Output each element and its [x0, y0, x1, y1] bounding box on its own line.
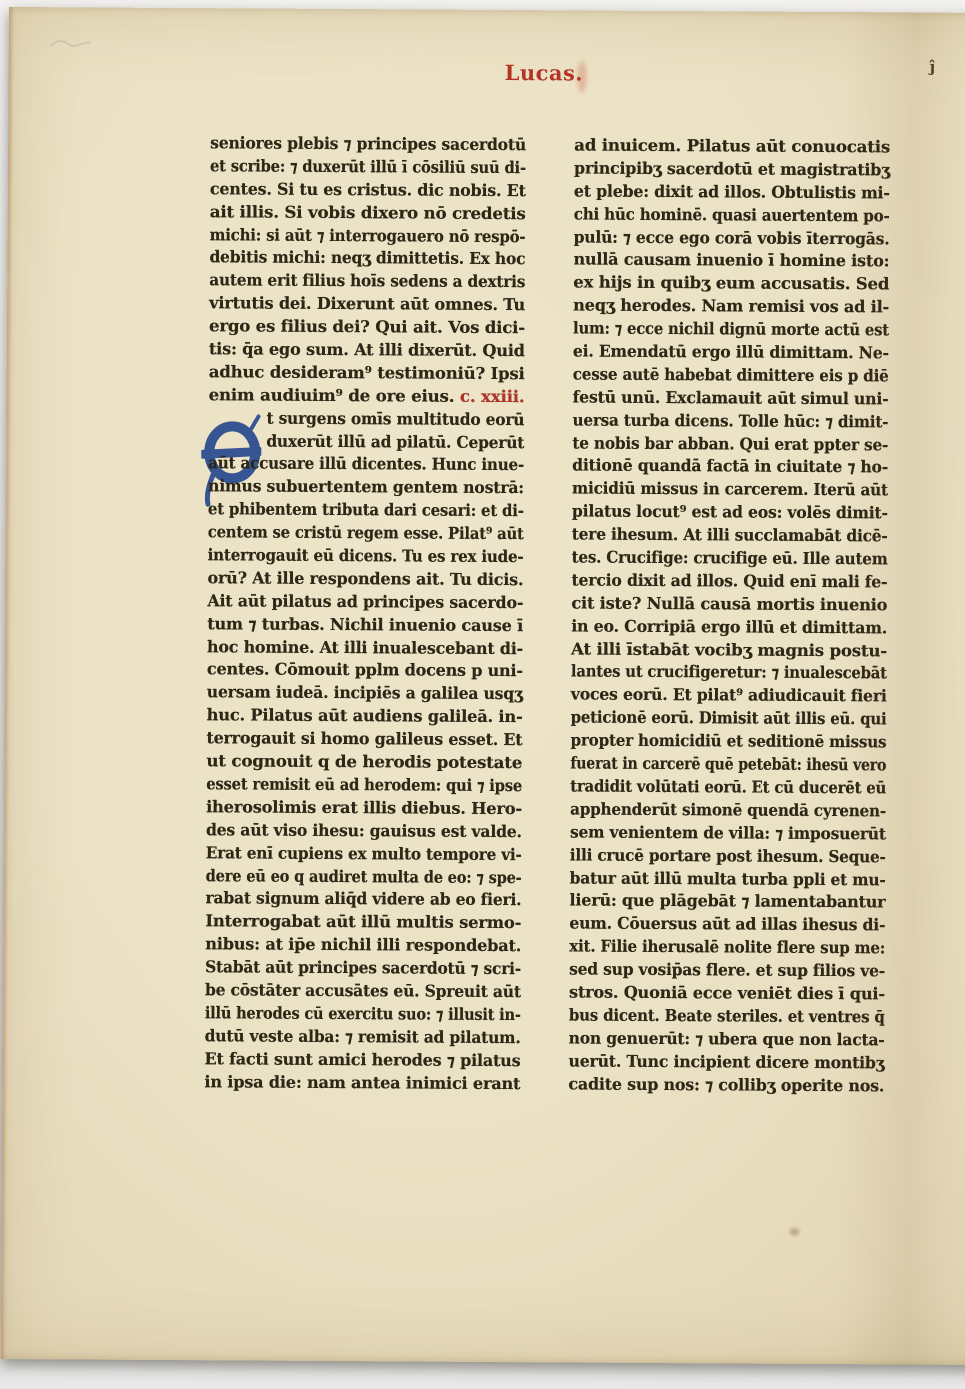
text-line: rabat signum aliq̄d videre ab eo fieri. [205, 888, 521, 913]
text-line: uerūt. Tunc incipient dicere montibʒ [568, 1050, 884, 1075]
text-line: debitis michi: neqʒ dimittetis. Ex hoc [209, 247, 525, 272]
text-line: adhuc desideram⁹ testimoniū? Ipsi [209, 361, 525, 386]
text-line: virtutis dei. Dixerunt aūt omnes. Tu [209, 292, 525, 317]
text-line: ex hijs in quibʒ eum accusatis. Sed [573, 272, 889, 297]
text-line: be cōstāter accusātes eū. Spreuit aūt [205, 979, 521, 1004]
text-line: uersa turba dicens. Tolle hūc: ⁊ dimit- [572, 409, 888, 434]
text-line: michi: si aūt ⁊ interrogauero nō respō- [210, 224, 526, 249]
text-line: duxerūt illū ad pilatū. Ceperūt [266, 430, 524, 454]
text-line: huc. Pilatus aūt audiens galileā. in- [207, 704, 523, 729]
text-line: neqʒ herodes. Nam remisi vos ad il- [573, 295, 889, 320]
text-line: interrogauit eū dicens. Tu es rex iude- [208, 544, 524, 569]
text-line: tercio dixit ad illos. Quid enī mali fe- [571, 569, 887, 594]
text-line: Interrogabat aūt illū multis sermo- [205, 910, 521, 935]
text-line: tere ihesum. At illi succlamabāt dicē- [572, 524, 888, 549]
text-line: autem erit filius hoīs sedens a dextris [209, 270, 525, 295]
running-header: Lucas. [505, 60, 584, 85]
text-line: des aūt viso ihesu: gauisus est valde. [206, 819, 522, 844]
text-line: iherosolimis erat illis diebus. Hero- [206, 796, 522, 821]
text-line: At illi īstabāt vocibʒ magnis postu- [571, 638, 887, 663]
text-line: ad inuicem. Pilatus aūt conuocatis [574, 134, 890, 159]
text-line: principibʒ sacerdotū et magistratibʒ [574, 157, 890, 182]
text-line: tum ⁊ turbas. Nichil inuenio cause ī [207, 613, 523, 638]
text-line: cadite sup nos: ⁊ collibʒ operite nos. [568, 1073, 884, 1098]
text-line: seniores plebis ⁊ principes sacerdotū [210, 132, 526, 157]
text-line: nimus subuertentem gentem nostrā: [208, 476, 524, 501]
text-line: nullā causam inuenio ī homine isto: [573, 249, 889, 274]
text-column-left: seniores plebis ⁊ principes sacerdotūet … [204, 132, 526, 1095]
paper-blemish [790, 1228, 800, 1236]
text-line: te nobis bar abban. Qui erat ppter se- [572, 432, 888, 457]
text-line: enim audiuim⁹ de ore eius. c. xxiii. [209, 384, 525, 409]
text-line: Et facti sunt amici herodes ⁊ pilatus [205, 1048, 521, 1073]
text-line: Ait aūt pilatus ad principes sacerdo- [207, 590, 523, 615]
manuscript-page: Lucas. ĵ seniores plebis ⁊ principes sac… [1, 7, 965, 1365]
pencil-mark [49, 35, 93, 51]
text-line: peticionē eorū. Dimisit aūt illis eū. qu… [571, 707, 887, 732]
text-line: apphenderūt simonē quendā cyrenen- [570, 798, 886, 823]
text-line: sem venientem de villa: ⁊ imposuerūt [570, 821, 886, 846]
folio-ink-mark: ĵ [930, 58, 936, 76]
red-ink-smudge [577, 61, 586, 92]
text-line: eum. Cōuersus aūt ad illas ihesus di- [569, 913, 885, 938]
text-line: stros. Quoniā ecce veniēt dies ī qui- [569, 981, 885, 1006]
text-line: illi crucē portare post ihesum. Seque- [570, 844, 886, 869]
text-line: centes. Cōmouit pplm docens p uni- [207, 659, 523, 684]
text-line: t surgens omīs multitudo eorū [266, 407, 524, 431]
text-line: bus dicent. Beate steriles. et ventres q… [569, 1004, 885, 1029]
text-line: lierū: que plāgebāt ⁊ lamentabantur [569, 890, 885, 915]
text-line: pulū: ⁊ ecce ego corā vobis īterrogās. [574, 226, 890, 251]
text-line: batur aūt illū multa turba ppli et mu- [570, 867, 886, 892]
text-line: dere eū eo q audiret multa de eo: ⁊ spe- [206, 865, 522, 890]
text-line: voces eorū. Et pilat⁹ adiudicauit fieri [571, 684, 887, 709]
text-line: tis: q̄a ego sum. At illi dixerūt. Quid [209, 338, 525, 363]
text-line: ergo es filius dei? Qui ait. Vos dici- [209, 315, 525, 340]
text-line: centes. Si tu es cristus. dic nobis. Et [210, 178, 526, 203]
text-line: cit iste? Nullā causā mortis inuenio [571, 592, 887, 617]
text-line: et scribe: ⁊ duxerūt illū ī cōsiliū suū … [210, 155, 526, 180]
chapter-mark: c. xxiii. [460, 387, 525, 406]
text-line: ait illis. Si vobis dixero nō credetis [210, 201, 526, 226]
text-line: ei. Emendatū ergo illū dimittam. Ne- [573, 340, 889, 365]
text-line: pilatus locut⁹ est ad eos: volēs dimit- [572, 501, 888, 526]
text-line: micidiū missus in carcerem. Iterū aūt [572, 478, 888, 503]
text-line: festū unū. Exclamauit aūt simul uni- [573, 386, 889, 411]
text-line: et plebe: dixit ad illos. Obtulistis mi- [574, 180, 890, 205]
text-line: nibus: at ip̄e nichil illi respondebat. [205, 933, 521, 958]
text-line: non genuerūt: ⁊ ubera que non lacta- [569, 1027, 885, 1052]
text-line: chi hūc hominē. quasi auertentem po- [574, 203, 890, 228]
text-line: propter homicidiū et seditionē missus [570, 730, 886, 755]
text-line: ditionē quandā factā in ciuitate ⁊ ho- [572, 455, 888, 480]
text-line: xit. Filie iherusalē nolite flere sup me… [569, 936, 885, 961]
text-line: in eo. Corripiā ergo illū et dimittam. [571, 615, 887, 640]
text-line: sed sup vosip̄as flere. et sup filios ve… [569, 959, 885, 984]
text-line: cesse autē habebat dimittere eis p diē [573, 363, 889, 388]
text-line: fuerat in carcerē quē petebāt: ihesū ver… [570, 752, 886, 777]
text-line: hoc homine. At illi inualescebant di- [207, 636, 523, 661]
text-line: dutū veste alba: ⁊ remisit ad pilatum. [205, 1025, 521, 1050]
text-line: Erat enī cupiens ex multo tempore vi- [206, 842, 522, 867]
text-line: illū herodes cū exercitu suo: ⁊ illusit … [205, 1002, 521, 1027]
text-line: orū? At ille respondens ait. Tu dicis. [207, 567, 523, 592]
text-line: in ipsa die: nam antea inimici erant [204, 1071, 520, 1096]
text-line: lantes ut crucifigeretur: ⁊ inualescebāt [571, 661, 887, 686]
text-line: esset remisit eū ad herodem: qui ⁊ ipse [206, 773, 522, 798]
text-column-right: ad inuicem. Pilatus aūt conuocatisprinci… [568, 134, 890, 1097]
text-line: uersam iudeā. incipiēs a galilea usqʒ [207, 682, 523, 707]
text-line: ut cognouit q de herodis potestate [206, 750, 522, 775]
text-line: et phibentem tributa dari cesari: et di- [208, 498, 524, 523]
text-line: lum: ⁊ ecce nichil dignū morte actū est [573, 318, 889, 343]
text-line: terrogauit si homo galileus esset. Et [206, 727, 522, 752]
text-line: aūt accusare illū dicentes. Hunc inue- [208, 453, 524, 478]
text-line: Stabāt aūt principes sacerdotū ⁊ scri- [205, 956, 521, 981]
text-line: tradidit volūtati eorū. Et cū ducerēt eū [570, 775, 886, 800]
text-line: tes. Crucifige: crucifige eū. Ille autem [572, 546, 888, 571]
text-line: centem se cristū regem esse. Pilat⁹ aūt [208, 521, 524, 546]
